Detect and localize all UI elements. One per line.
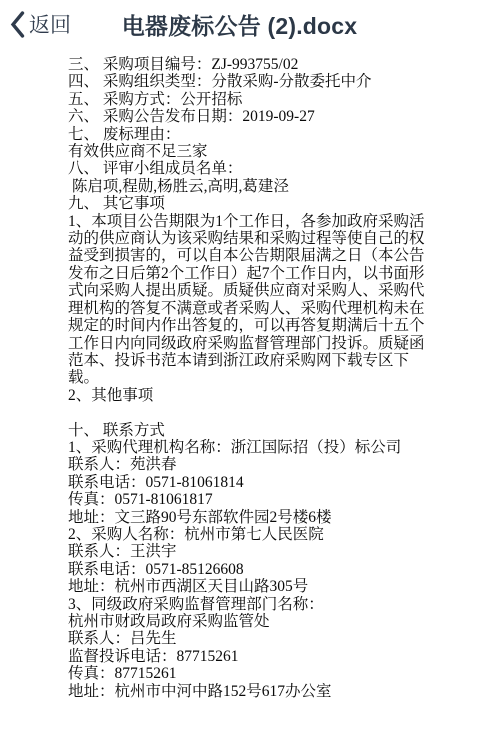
document-line: 联系电话：0571-85126608 — [68, 561, 451, 578]
document-line: 七、 废标理由： — [68, 126, 451, 143]
document-line: 传真：87715261 — [68, 665, 451, 682]
document-line: 式向采购人提出质疑。质疑供应商对采购人、采购代 — [68, 282, 451, 299]
document-line: 九、 其它事项 — [68, 195, 451, 212]
document-line: 发布之日后第2个工作日）起7个工作日内，以书面形 — [68, 265, 451, 282]
document-line: 3、同级政府采购监督管理部门名称： — [68, 596, 451, 613]
document-line: 地址：杭州市西湖区天目山路305号 — [68, 578, 451, 595]
document-line: 地址：杭州市中河中路152号617办公室 — [68, 683, 451, 700]
document-line: 地址：文三路90号东部软件园2号楼6楼 — [68, 509, 451, 526]
document-line: 陈启项,程勋,杨胜云,高明,葛建泾 — [68, 178, 451, 195]
document-line: 联系人：王洪宇 — [68, 543, 451, 560]
document-line: 四、 采购组织类型：分散采购-分散委托中介 — [68, 73, 451, 90]
document-line: 有效供应商不足三家 — [68, 143, 451, 160]
document-line: 杭州市财政局政府采购监管处 — [68, 613, 451, 630]
document-line: 传真：0571-81061817 — [68, 491, 451, 508]
document-line: 三、 采购项目编号：ZJ-993755/02 — [68, 56, 451, 73]
document-line: 1、本项目公告期限为1个工作日，各参加政府采购活 — [68, 213, 451, 230]
document-line: 2、其他事项 — [68, 387, 451, 404]
document-title: 电器废标公告 (2).docx — [0, 8, 479, 41]
back-button-label: 返回 — [29, 9, 71, 39]
chevron-left-icon — [10, 11, 25, 38]
back-button[interactable]: 返回 — [10, 0, 71, 48]
document-line: 联系人：苑洪春 — [68, 456, 451, 473]
top-bar: 返回 电器废标公告 (2).docx — [0, 0, 479, 48]
document-line: 联系电话：0571-81061814 — [68, 474, 451, 491]
document-line: 理机构的答复不满意或者采购人、采购代理机构未在 — [68, 300, 451, 317]
document-line: 工作日内向同级政府采购监督管理部门投诉。质疑函 — [68, 335, 451, 352]
document-line: 联系人：吕先生 — [68, 630, 451, 647]
document-line: 1、采购代理机构名称：浙江国际招（投）标公司 — [68, 439, 451, 456]
document-line: 范本、投诉书范本请到浙江政府采购网下载专区下 — [68, 352, 451, 369]
document-line: 2、采购人名称：杭州市第七人民医院 — [68, 526, 451, 543]
document-line: 五、 采购方式：公开招标 — [68, 91, 451, 108]
document-line: 动的供应商认为该采购结果和采购过程等使自己的权 — [68, 230, 451, 247]
document-line: 六、 采购公告发布日期：2019-09-27 — [68, 108, 451, 125]
document-content: 三、 采购项目编号：ZJ-993755/02四、 采购组织类型：分散采购-分散委… — [0, 48, 479, 700]
document-viewer: 返回 电器废标公告 (2).docx 三、 采购项目编号：ZJ-993755/0… — [0, 0, 479, 700]
document-line — [68, 404, 451, 421]
document-line: 规定的时间内作出答复的，可以再答复期满后十五个 — [68, 317, 451, 334]
document-line: 监督投诉电话：87715261 — [68, 648, 451, 665]
document-line: 八、 评审小组成员名单： — [68, 160, 451, 177]
document-line: 益受到损害的，可以自本公告期限届满之日（本公告 — [68, 247, 451, 264]
document-lines: 三、 采购项目编号：ZJ-993755/02四、 采购组织类型：分散采购-分散委… — [68, 56, 451, 700]
document-line: 载。 — [68, 369, 451, 386]
document-line: 十、 联系方式 — [68, 422, 451, 439]
